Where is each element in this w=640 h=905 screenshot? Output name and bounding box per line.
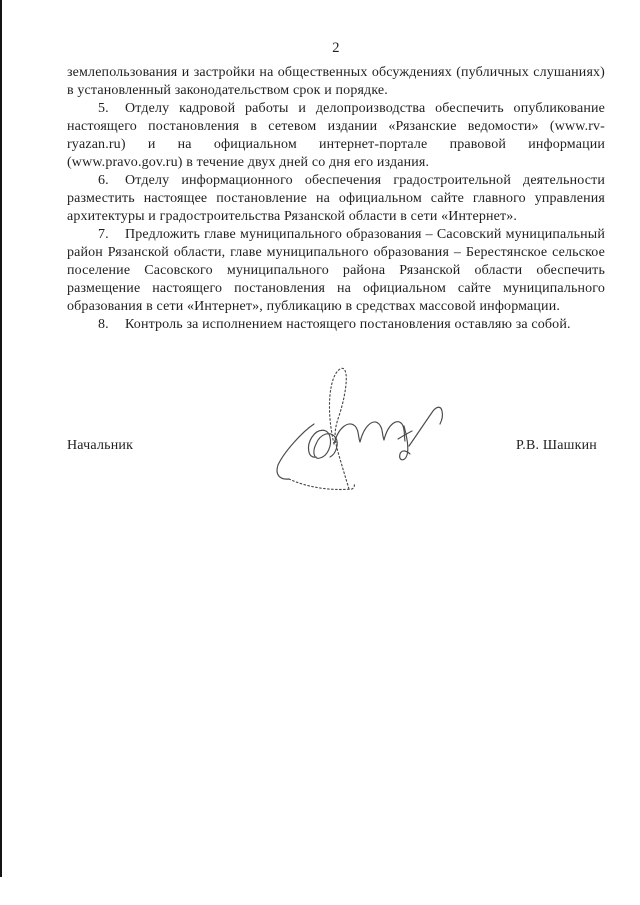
- item-number: 8.: [98, 316, 125, 334]
- signer-position: Начальник: [67, 438, 133, 454]
- handwritten-signature: [270, 362, 450, 497]
- paragraph-text: землепользования и застройки на обществе…: [67, 65, 605, 98]
- paragraph-text: Отделу информационного обеспечения градо…: [67, 173, 605, 224]
- signer-name: Р.В. Шашкин: [516, 438, 597, 454]
- document-body: землепользования и застройки на обществе…: [67, 64, 605, 334]
- paragraph-text: Предложить главе муниципального образова…: [67, 227, 605, 314]
- item-number: 7.: [98, 226, 125, 244]
- paragraph-item-7: 7.Предложить главе муниципального образо…: [67, 226, 605, 316]
- paragraph-text: Отделу кадровой работы и делопроизводств…: [67, 101, 605, 170]
- paragraph-item-6: 6.Отделу информационного обеспечения гра…: [67, 172, 605, 226]
- document-page: 2 землепользования и застройки на общест…: [0, 0, 640, 905]
- item-number: 6.: [98, 172, 125, 190]
- paragraph-continuation: землепользования и застройки на обществе…: [67, 64, 605, 100]
- paragraph-text: Контроль за исполнением настоящего поста…: [125, 317, 571, 332]
- page-number: 2: [67, 40, 605, 57]
- item-number: 5.: [98, 100, 125, 118]
- paragraph-item-8: 8.Контроль за исполнением настоящего пос…: [67, 316, 605, 334]
- scan-edge-artifact: [0, 0, 2, 877]
- paragraph-item-5: 5.Отделу кадровой работы и делопроизводс…: [67, 100, 605, 172]
